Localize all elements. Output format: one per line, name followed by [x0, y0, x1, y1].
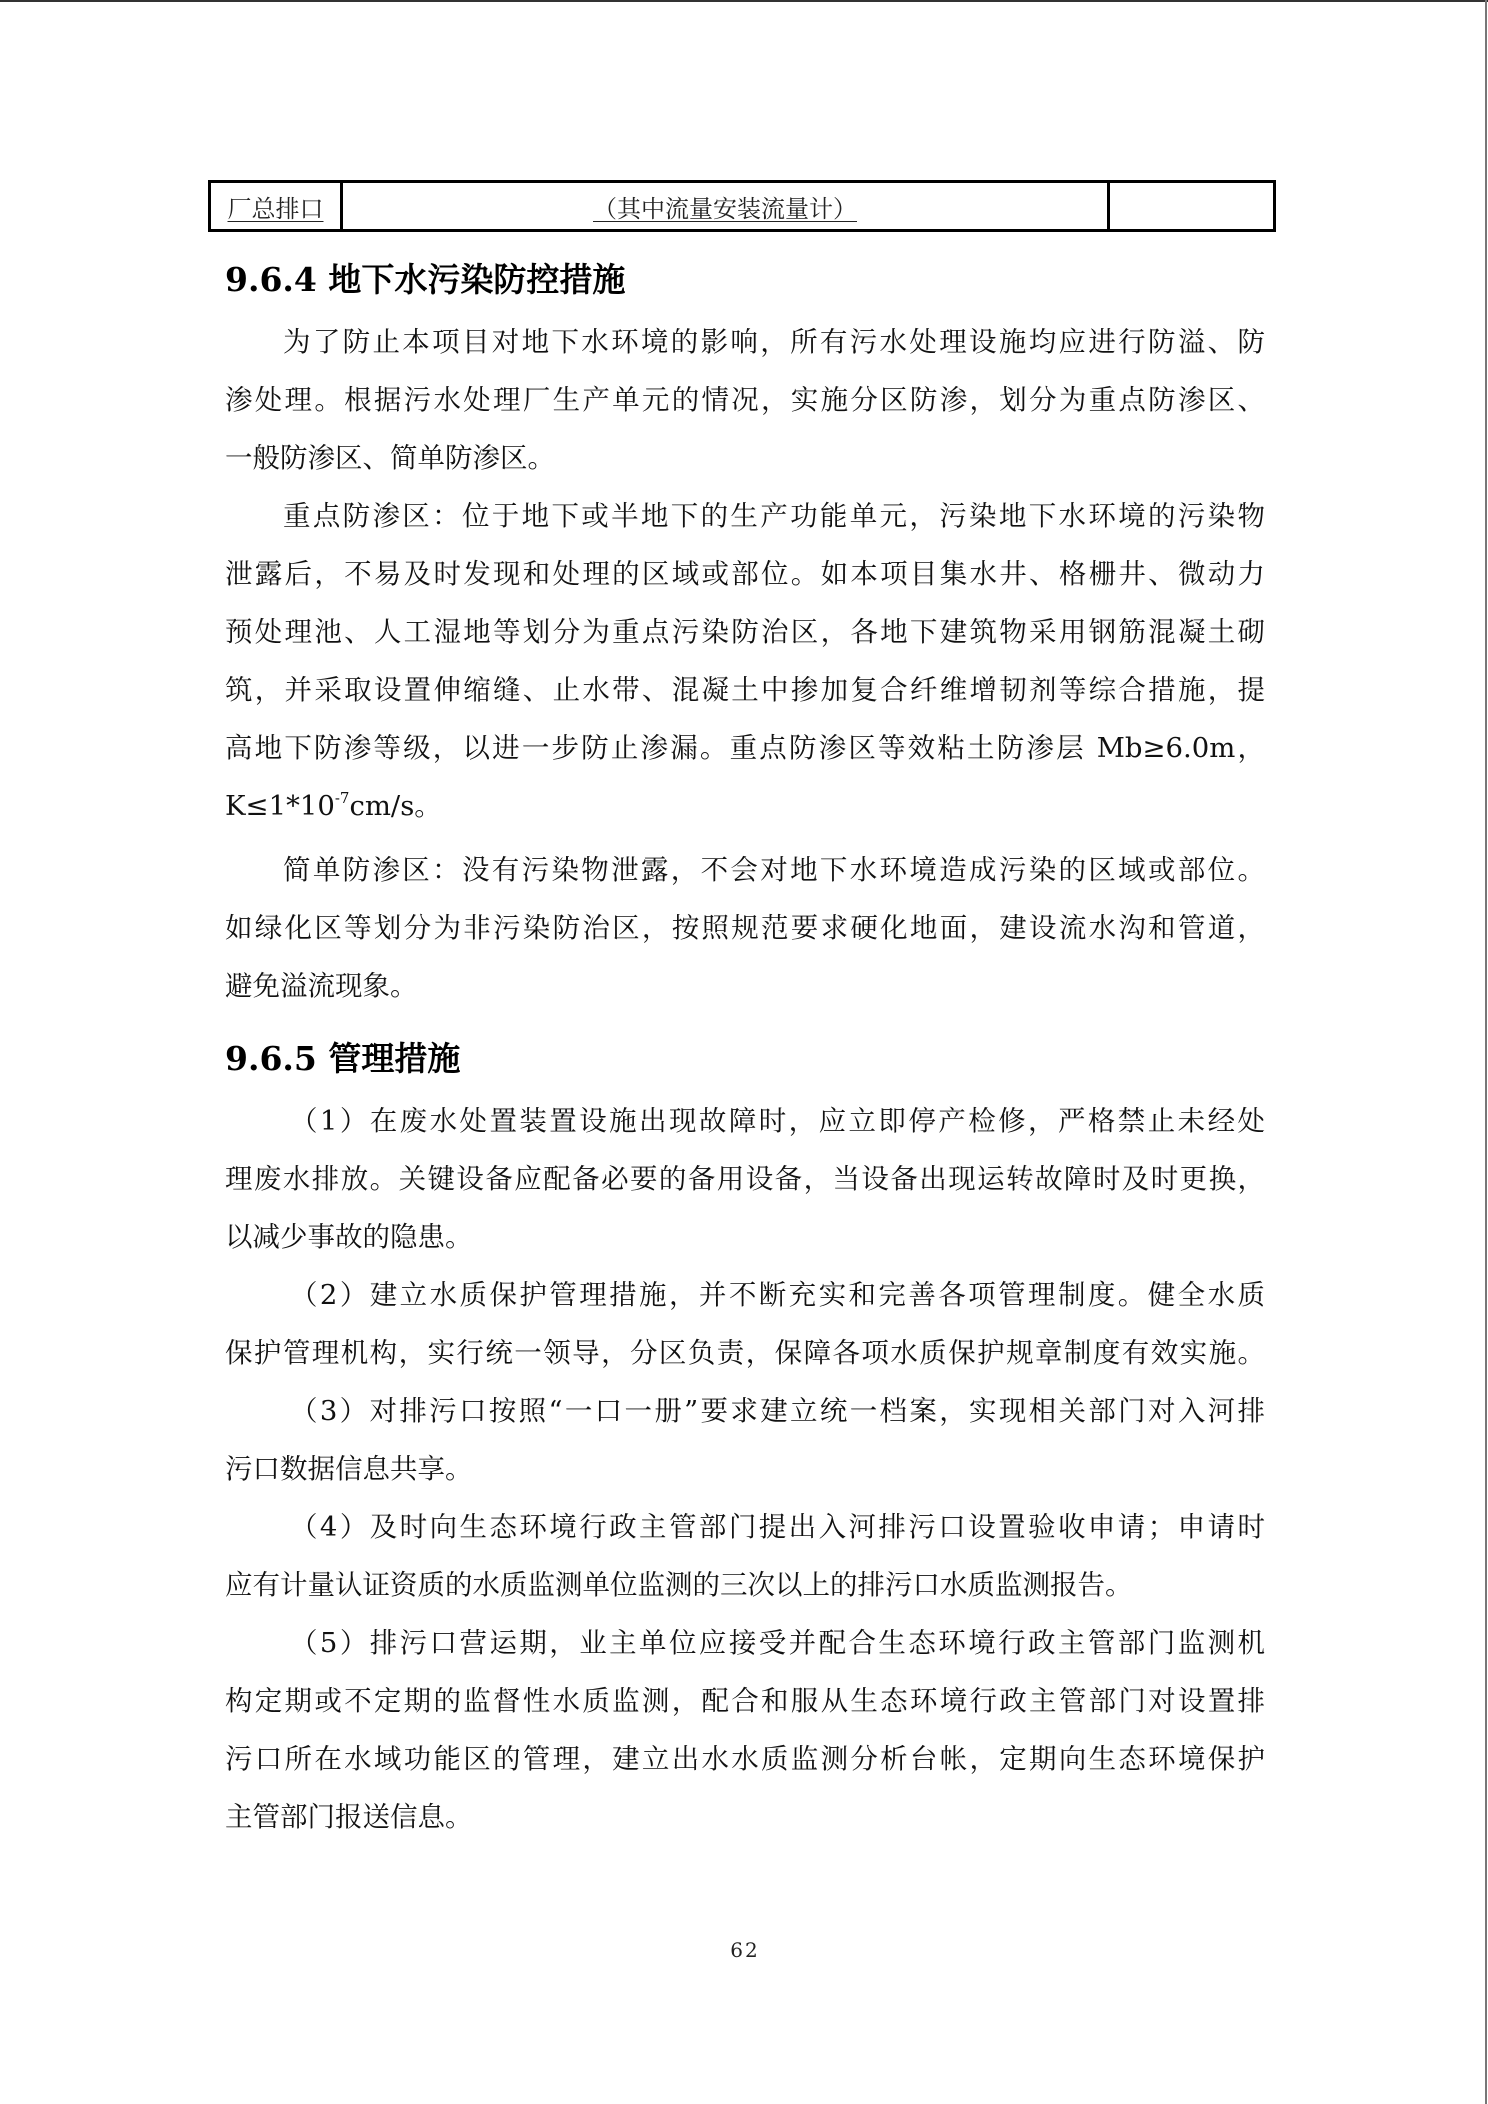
- paragraph-line: （1）在废水处置装置设施出现故障时，应立即停产检修，严格禁止未经处: [290, 1101, 1265, 1141]
- k-value-prefix: K≤1*10: [225, 790, 335, 822]
- outfall-table-row: 厂总排口 （其中流量安装流量计）: [208, 180, 1276, 232]
- paragraph-line: 高地下防渗等级，以进一步防止渗漏。重点防渗区等效粘土防渗层 Mb≥6.0m，: [225, 728, 1265, 768]
- paragraph-line: 避免溢流现象。: [225, 966, 1265, 1006]
- flowmeter-note-text: （其中流量安装流量计）: [593, 189, 857, 224]
- paragraph-line: 应有计量认证资质的水质监测单位监测的三次以上的排污口水质监测报告。: [225, 1565, 1265, 1605]
- paragraph-line: 简单防渗区：没有污染物泄露，不会对地下水环境造成污染的区域或部位。: [283, 850, 1265, 890]
- paragraph-line: 理废水排放。关键设备应配备必要的备用设备，当设备出现运转故障时及时更换，: [225, 1159, 1265, 1199]
- paragraph-line: （5）排污口营运期，业主单位应接受并配合生态环境行政主管部门监测机: [290, 1623, 1265, 1663]
- page-top-border: [0, 0, 1488, 2]
- page-number: 62: [722, 1938, 768, 1962]
- paragraph-line: 为了防止本项目对地下水环境的影响，所有污水处理设施均应进行防溢、防: [283, 322, 1265, 362]
- paragraph-line: 重点防渗区：位于地下或半地下的生产功能单元，污染地下水环境的污染物: [283, 496, 1265, 536]
- page-right-border: [1485, 0, 1487, 2104]
- paragraph-line: 筑，并采取设置伸缩缝、止水带、混凝土中掺加复合纤维增韧剂等综合措施，提: [225, 670, 1265, 710]
- table-cell-note: （其中流量安装流量计）: [343, 183, 1110, 229]
- paragraph-line: 渗处理。根据污水处理厂生产单元的情况，实施分区防渗，划分为重点防渗区、: [225, 380, 1265, 420]
- paragraph-line: 以减少事故的隐患。: [225, 1217, 1265, 1257]
- paragraph-line: 保护管理机构，实行统一领导，分区负责，保障各项水质保护规章制度有效实施。: [225, 1333, 1265, 1373]
- paragraph-line: 预处理池、人工湿地等划分为重点污染防治区，各地下建筑物采用钢筋混凝土砌: [225, 612, 1265, 652]
- paragraph-line: （3）对排污口按照“一口一册”要求建立统一档案，实现相关部门对入河排: [290, 1391, 1265, 1431]
- paragraph-line: 主管部门报送信息。: [225, 1797, 1265, 1837]
- paragraph-line: （2）建立水质保护管理措施，并不断充实和完善各项管理制度。健全水质: [290, 1275, 1265, 1315]
- paragraph-line: 污口所在水域功能区的管理，建立出水水质监测分析台帐，定期向生态环境保护: [225, 1739, 1265, 1779]
- heading-9-6-4: 9.6.4 地下水污染防控措施: [225, 254, 625, 301]
- paragraph-line: 污口数据信息共享。: [225, 1449, 1265, 1489]
- paragraph-line: 构定期或不定期的监督性水质监测，配合和服从生态环境行政主管部门对设置排: [225, 1681, 1265, 1721]
- table-cell-empty: [1110, 183, 1273, 229]
- paragraph-line: （4）及时向生态环境行政主管部门提出入河排污口设置验收申请；申请时: [290, 1507, 1265, 1547]
- permeability-line: K≤1*10-7cm/s。: [225, 786, 1265, 826]
- paragraph-line: 泄露后，不易及时发现和处理的区域或部位。如本项目集水井、格栅井、微动力: [225, 554, 1265, 594]
- heading-9-6-5: 9.6.5 管理措施: [225, 1033, 460, 1080]
- paragraph-line: 一般防渗区、简单防渗区。: [225, 438, 1265, 478]
- outfall-name-text: 厂总排口: [228, 189, 324, 224]
- table-cell-outfall-name: 厂总排口: [211, 183, 343, 229]
- paragraph-line: 如绿化区等划分为非污染防治区，按照规范要求硬化地面，建设流水沟和管道，: [225, 908, 1265, 948]
- k-value-unit: cm/s。: [349, 790, 441, 822]
- k-value-exponent: -7: [335, 789, 350, 807]
